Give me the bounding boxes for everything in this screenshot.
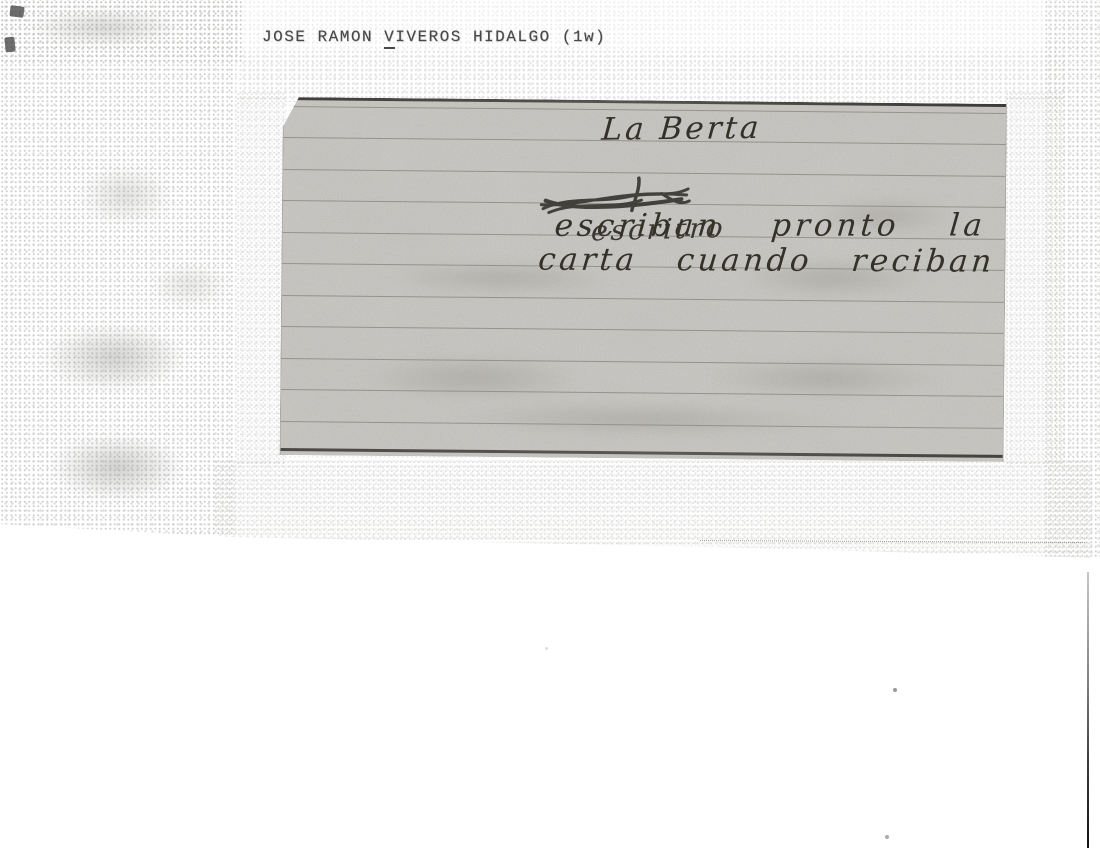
typed-name-header: JOSE RAMON VIVEROS HIDALGO (1w) [262, 28, 606, 46]
handwritten-line: carta cuando reciban [537, 242, 997, 280]
scan-speck [545, 647, 548, 650]
index-card: La Berta escritro escriban pronto la car… [280, 97, 1007, 462]
scan-artifact-mark [4, 37, 16, 53]
toner-blotch [130, 250, 250, 320]
ruled-line [282, 326, 1004, 334]
scan-speck [893, 688, 897, 692]
toner-blotch [12, 310, 217, 405]
typed-name-underlined-letter: V [384, 28, 395, 49]
typed-name-prefix: JOSE RAMON [262, 28, 384, 46]
toner-blotch [0, 0, 210, 55]
stipple-texture-below-card [214, 460, 1090, 558]
stipple-texture-above-card [238, 50, 1064, 102]
ink-smudge [661, 351, 991, 406]
ruled-line [283, 169, 1005, 177]
handwritten-title: La Berta [600, 110, 763, 148]
scan-artifact-mark [9, 5, 24, 18]
scan-streak-line [1087, 572, 1089, 848]
handwritten-line: escriban pronto la [553, 207, 987, 243]
scanned-page: { "page": { "header": { "prefix": "JOSE … [0, 0, 1100, 850]
typed-name-suffix: IVEROS HIDALGO (1w) [395, 28, 606, 46]
toner-blotch [55, 150, 195, 240]
scan-speck [885, 835, 889, 839]
stipple-texture-card-right-gap [1005, 92, 1065, 464]
toner-blotch [22, 420, 212, 515]
